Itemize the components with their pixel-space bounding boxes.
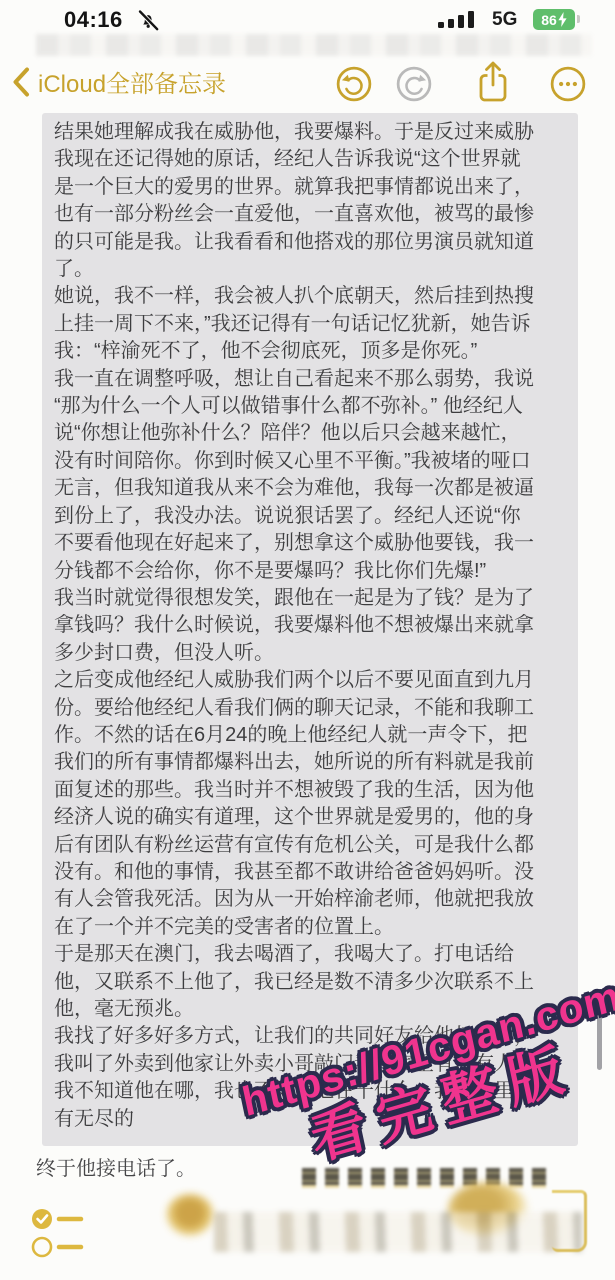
signal-strength-icon [438,11,482,29]
artifact-bracket [552,1190,587,1252]
note-paragraph: 她说，我不一样，我会被人扒个底朝天，然后挂到热搜 上挂一周下不来，”我还记得有一… [54,283,566,365]
note-paragraph: 我找了好多好多方式，让我们的共同好友给他打电话， 我叫了外卖到他家让外卖小哥敲门… [54,1023,566,1133]
note-paragraph: 之后变成他经纪人威胁我们两个以后不要见面直到九月 份。要给他经纪人看我们俩的聊天… [54,667,566,941]
artifact-smear [214,1212,582,1252]
note-paragraph: 结果她理解成我在威胁他，我要爆料。于是反过来威胁 我现在还记得她的原话，经纪人告… [54,119,566,283]
more-button[interactable] [550,66,586,102]
note-editor[interactable]: 结果她理解成我在威胁他，我要爆料。于是反过来威胁 我现在还记得她的原话，经纪人告… [42,113,578,1146]
notes-toolbar: iCloud全部备忘录 [0,58,615,108]
iphone-screen: 04:16 5G 86 iCloud全部备忘录 [0,0,615,1280]
note-paragraphs: 结果她理解成我在威胁他，我要爆料。于是反过来威胁 我现在还记得她的原话，经纪人告… [54,119,566,1133]
share-button[interactable] [474,60,512,104]
checklist-icon[interactable] [28,1206,114,1260]
compression-artifact-band [36,34,592,56]
status-bar: 04:16 5G 86 [0,0,615,36]
note-paragraph: 我一直在调整呼吸，想让自己看起来不那么弱势，我说 “那为什么一个人可以做错事什么… [54,366,566,585]
battery-cap [577,15,580,23]
artifact-smudge [166,1194,214,1236]
back-button-label: iCloud全部备忘录 [38,64,226,99]
checked-circle-icon [32,1209,52,1229]
note-paragraph: 我当时就觉得很想发笑，跟他在一起是为了钱？是为了 拿钱吗？我什么时候说，我要爆料… [54,585,566,667]
clock: 04:16 [64,7,123,33]
note-trailing-line: 终于他接电话了。 [36,1152,196,1181]
mute-bell-icon [136,8,160,32]
redo-button[interactable] [396,66,432,102]
chevron-left-icon [12,67,30,97]
battery-percent: 86 [541,12,557,28]
network-type-label: 5G [492,9,517,31]
undo-button[interactable] [336,66,372,102]
scrollbar-thumb[interactable] [597,1008,602,1070]
charging-bolt-icon [558,12,567,27]
note-paragraph: 于是那天在澳门，我去喝酒了，我喝大了。打电话给 他，又联系不上他了，我已经是数不… [54,941,566,1023]
back-button[interactable]: iCloud全部备忘录 [12,64,226,99]
battery-indicator: 86 [533,9,575,30]
unchecked-circle-icon [33,1238,51,1256]
blurred-glyph-row [302,1168,594,1190]
